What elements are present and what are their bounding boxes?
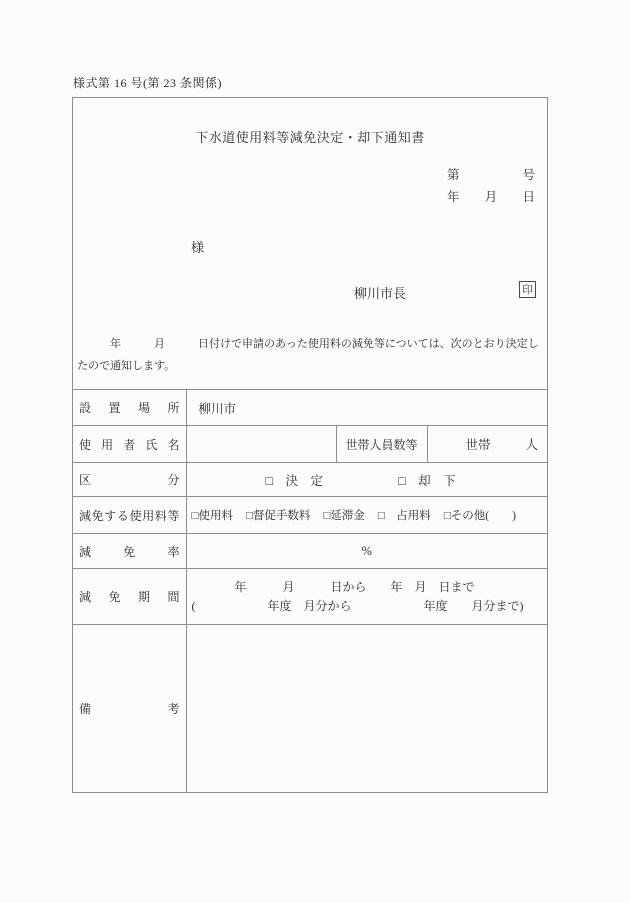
category-label: 区分 xyxy=(73,463,186,497)
date-year-label: 年 xyxy=(447,190,460,205)
period-line-dates: 年 月 日から 年 月 日まで xyxy=(187,578,548,597)
user-name-value xyxy=(186,426,336,463)
doc-number-prefix: 第 xyxy=(447,168,460,183)
table-row-fees: 減免する使用料等 □使用料 □督促手数料 □延滞金 □ 占用料 □その他( ) xyxy=(73,497,547,534)
table-row-remarks: 備考 xyxy=(73,625,547,793)
fee-reduction-table: 設置場所 柳川市 使用者氏名 世帯人員数等 世帯 人 区分 □ 決 定 □ 却 … xyxy=(73,389,547,793)
installation-place-label: 設置場所 xyxy=(73,390,186,426)
category-options: □ 決 定 □ 却 下 xyxy=(186,463,547,497)
installation-place-value: 柳川市 xyxy=(186,390,547,426)
household-members-value: 世帯 人 xyxy=(427,426,547,463)
notice-body-line1: 年 月 日付けで申請のあった使用料の減免等については、次のとおり決定し xyxy=(77,333,545,355)
household-members-label: 世帯人員数等 xyxy=(336,426,427,463)
rate-value: % xyxy=(186,534,547,569)
document-frame: 下水道使用料等減免決定・却下通知書 第 号 年 月 日 様 柳川市長 印 年 月… xyxy=(72,97,548,793)
person-unit-label: 人 xyxy=(525,435,538,453)
form-number-label: 様式第 16 号(第 23 条関係) xyxy=(73,74,222,91)
addressee-honorific: 様 xyxy=(191,237,204,256)
table-row-user-name: 使用者氏名 世帯人員数等 世帯 人 xyxy=(73,426,547,463)
doc-number-suffix: 号 xyxy=(522,168,535,183)
table-row-rate: 減免率 % xyxy=(73,534,547,569)
table-row-period: 減免期間 年 月 日から 年 月 日まで ( 年度 月分から 年度 月分まで) xyxy=(73,569,547,625)
period-line-fiscal: ( 年度 月分から 年度 月分まで) xyxy=(187,597,548,616)
notice-body: 年 月 日付けで申請のあった使用料の減免等については、次のとおり決定し たので通… xyxy=(77,333,545,377)
category-option-reject: □ 却 下 xyxy=(398,471,456,489)
date-day-label: 日 xyxy=(522,190,535,205)
issue-date-line: 年 月 日 xyxy=(447,190,535,205)
fees-options: □使用料 □督促手数料 □延滞金 □ 占用料 □その他( ) xyxy=(186,497,547,534)
fee-option-reminder: □督促手数料 xyxy=(246,507,310,523)
period-value: 年 月 日から 年 月 日まで ( 年度 月分から 年度 月分まで) xyxy=(186,569,547,625)
fee-option-other: □その他( ) xyxy=(444,507,516,523)
fee-option-usage: □使用料 xyxy=(192,507,233,523)
user-name-label: 使用者氏名 xyxy=(73,426,186,463)
household-unit-label: 世帯 xyxy=(466,435,491,453)
fees-label: 減免する使用料等 xyxy=(73,497,186,534)
fee-option-occupancy: □ 占用料 xyxy=(378,507,431,523)
table-row-installation-place: 設置場所 柳川市 xyxy=(73,390,547,426)
document-title: 下水道使用料等減免決定・却下通知書 xyxy=(73,127,547,146)
rate-label: 減免率 xyxy=(73,534,186,569)
remarks-value xyxy=(186,625,547,793)
seal-stamp-icon: 印 xyxy=(519,281,536,298)
issuer-name: 柳川市長 xyxy=(354,283,406,302)
date-month-label: 月 xyxy=(485,190,498,205)
category-option-approve: □ 決 定 xyxy=(266,471,324,489)
document-number-line: 第 号 xyxy=(447,168,535,183)
table-row-category: 区分 □ 決 定 □ 却 下 xyxy=(73,463,547,497)
remarks-label: 備考 xyxy=(73,625,186,793)
notice-body-line2: たので通知します。 xyxy=(77,355,545,377)
period-label: 減免期間 xyxy=(73,569,186,625)
fee-option-late: □延滞金 xyxy=(323,507,364,523)
